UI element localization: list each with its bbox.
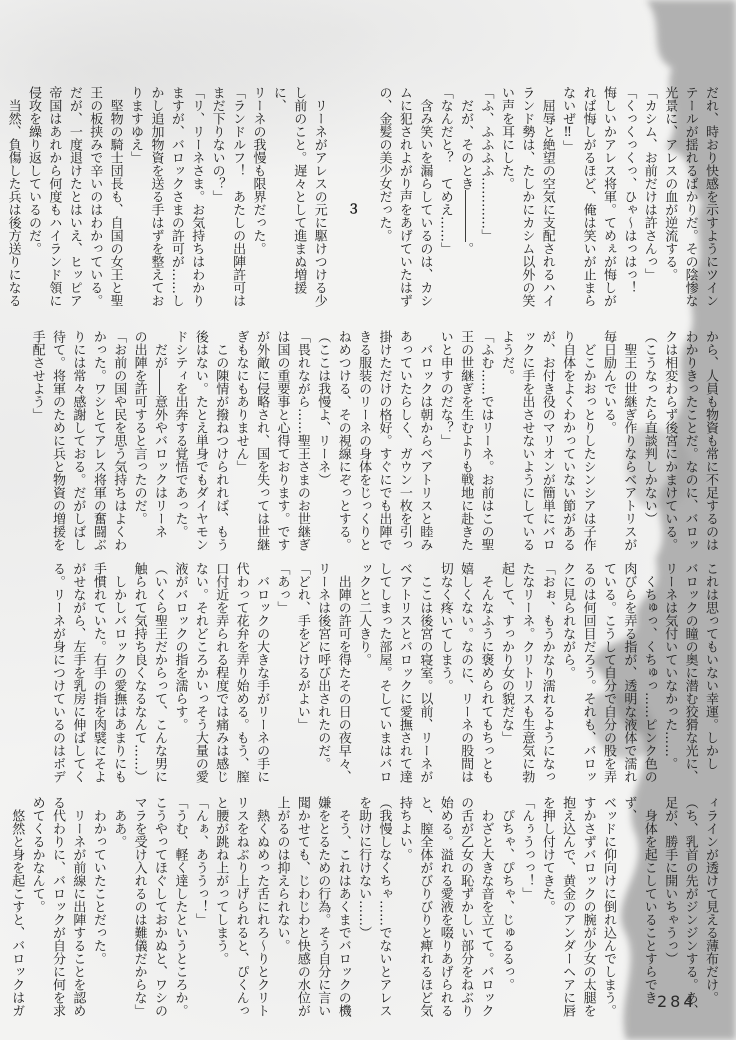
text-column: 「んぁ、あううっ！」 <box>189 796 209 1020</box>
text-column: きる服装のリーネの身体をじっくりと <box>353 330 373 554</box>
text-column: 含み笑いを漏らしているのは、カシ <box>414 86 434 310</box>
text-column: （いくら聖王だからって、こんな男に <box>149 562 169 786</box>
text-column: 肉びらを弄る指が、透明な液体で濡れ <box>618 562 638 786</box>
text-column: 当然、負傷した兵は後方送りになる <box>2 86 22 310</box>
text-column: 嫌をとるための行為。そう自分に言い <box>312 796 332 1020</box>
text-column: がせながら、左手を乳房に伸ばしてく <box>67 562 87 786</box>
text-column: 掛けただけの格好。すぐにでも出陣で <box>373 330 393 554</box>
text-column: （我慢しなくちゃ……でないとアレス <box>373 796 393 1020</box>
text-column: ここは後宮の寝室。以前、リーネが <box>414 562 434 786</box>
text-column: めてくるかなんて。 <box>26 796 46 1020</box>
text-column: 毎日励んでいる。 <box>598 330 618 554</box>
text-column: バロックの大きな手がリーネの手に <box>251 562 271 786</box>
text-column: いと申すのだな？」 <box>434 330 454 554</box>
text-column: ない。それどころかいっそう大量の愛 <box>189 562 209 786</box>
text-column: 手慣れていた。右手の指を肉襞にそよ <box>87 562 107 786</box>
text-column: 「どれ、手をどけるがよい」 <box>291 562 311 786</box>
text-column: 切なく疼いてしまう。 <box>434 562 454 786</box>
text-column: ぴちゃ、ぴちゃ、じゅるるっ。 <box>496 796 516 1020</box>
text-column: ないぜ‼」 <box>557 86 577 310</box>
text-column: だが――意外やバロックはリーネ <box>149 330 169 554</box>
text-column: 口付近を弄られる程度では痛みは感じ <box>210 562 230 786</box>
text-column: 「リ、リーネさま。お気持ちはわかり <box>186 86 206 310</box>
text-column: 聞かせても、じわじわと快感の水位が <box>291 796 311 1020</box>
text-column: リスをねぶり上げられると、ぴくんっ <box>230 796 250 1020</box>
scanned-novel-page: だれ、時おり快感を示すようにツインテールが揺れるばかりだ。その陰惨な光景に、アレ… <box>0 0 736 1040</box>
text-column: わかっていたことだった。 <box>87 796 107 1020</box>
text-column: クに見られながら。 <box>557 562 577 786</box>
text-column: 液がバロックの指を濡らす。 <box>169 562 189 786</box>
text-column: の舌が乙女の恥ずかしい部分をねぶり <box>455 796 475 1020</box>
text-column: 「くっくっくっ、ひゃ～はっはっ！ <box>618 86 638 310</box>
text-column: ドシティを出奔する覚悟であった。 <box>169 330 189 554</box>
text-column: 悠然と身を起こすと、バロックはガ <box>6 796 26 1020</box>
text-column: ねめつける、その視線にぞっとする。 <box>332 330 352 554</box>
text-column: 「うむ、軽く達したというところか。 <box>169 796 189 1020</box>
text-column: 屈辱と絶望の空気に支配されるハイ <box>536 86 556 310</box>
text-column: 「おぉ、もうかなり濡れるようになっ <box>536 562 556 786</box>
text-column: りには常々感謝しておる。だがしばし <box>67 330 87 554</box>
text-column: ますが、バロックさまの許可が……し <box>165 86 185 310</box>
text-column: と、膣全体がびりびりと痺れるほど気 <box>414 796 434 1020</box>
text-column: ああ。 <box>108 796 128 1020</box>
text-column: たなリーネ。クリトリスも生意気に勃 <box>516 562 536 786</box>
text-column: 足が、勝手に開いちゃうっ） <box>659 796 679 1020</box>
text-column: 光景に、アレスの血が逆流する。 <box>659 86 679 310</box>
text-column: の出陣を許可すると言ったのだ。 <box>128 330 148 554</box>
text-column: バロックの瞳の奥に潜む狡猾な光に、 <box>679 562 699 786</box>
text-column: リーネは後宮に呼び出されたのだ。 <box>312 562 332 786</box>
text-column: 「カシム、お前だけは許さんっ」 <box>638 86 658 310</box>
text-column: ベッドに仰向けに倒れ込んでしまう。 <box>598 796 618 1020</box>
text-column: だれ、時おり快感を示すようにツイン <box>700 86 720 310</box>
text-column: まだ下りないの？」 <box>206 86 226 310</box>
text-column: りますゆえ」 <box>125 86 145 310</box>
text-column: 「ランドルフ！ あたしの出陣許可は <box>227 86 247 310</box>
text-column: （ち、乳首の先がジンジンする。あ、 <box>679 796 699 1020</box>
text-column: 出陣の許可を得たその日の夜早々、 <box>332 562 352 786</box>
text-column: 手配させよう」 <box>26 330 46 554</box>
text-column: 待て。将軍のために兵と物資の増援を <box>47 330 67 554</box>
text-column: リーネは気付いていなかった……。 <box>659 562 679 786</box>
text-column: 「ふむ……ではリーネ。お前はこの聖 <box>475 330 495 554</box>
text-column: い声を耳にした。 <box>496 86 516 310</box>
text-column: してしまった部屋。そしていまはバロ <box>373 562 393 786</box>
text-column: どこかおっとりしたシンシアは子作 <box>577 330 597 554</box>
text-column: 「お前の国や民を思う気持ちはよくわ <box>108 330 128 554</box>
text-column: しかしバロックの愛撫はあまりにも <box>108 562 128 786</box>
text-column: （こうなったら直談判しかない） <box>638 330 658 554</box>
text-column: 起して、すっかり女の貌だな」 <box>496 562 516 786</box>
text-column: の、金髪の美少女だった。 <box>373 86 393 310</box>
text-column: 聖王の世継ぎ作りならベアトリスが <box>618 330 638 554</box>
text-column: ぎもなにもありません」 <box>230 330 250 554</box>
text-column: 身体を起こしていることすらできず、 <box>618 796 659 1020</box>
text-column: バロックは朝からベアトリスと睦み <box>414 330 434 554</box>
text-column: そう、これはあくまでバロックの機 <box>332 796 352 1020</box>
text-column: 王の板挟みで辛いのはわかっている。 <box>84 86 104 310</box>
text-column: こうやってほぐしておかぬと、ワシの <box>149 796 169 1020</box>
text-column: 抱え込んで、黄金のアンダーヘアに唇 <box>557 796 577 1020</box>
text-column: ィラインが透けて見える薄布だけ。 <box>700 796 720 1020</box>
text-column: この陳情が撥ねつけられれば、もう <box>210 330 230 554</box>
text-column: 「なんだと？ てめえ……」 <box>434 86 454 310</box>
text-column: が外敵に侵略され、国を失っては世継 <box>251 330 271 554</box>
text-column: を助けに行けない……） <box>353 796 373 1020</box>
text-column: 上がるのは抑えられない。 <box>271 796 291 1020</box>
text-column: 「ふ、ふふふふ…………」 <box>475 86 495 310</box>
text-column: ベアトリスとバロックに愛撫されて達 <box>394 562 414 786</box>
text-column: と腰が跳ね上がってしまう。 <box>210 796 230 1020</box>
text-column: ックに手を出させないようにしている <box>516 330 536 554</box>
text-column: クは相変わらず後宮にかまけている。 <box>659 330 679 554</box>
text-column: わかりきったことだ。なのに、バロッ <box>679 330 699 554</box>
text-column: 堅物の騎士団長も、自国の女王と聖 <box>104 86 124 310</box>
text-column: 帝国はあれから何度もハイランド領に <box>43 86 63 310</box>
text-column: が、お付き役のマリオンが簡単にバロ <box>536 330 556 554</box>
text-column: 王の世継ぎを生むよりも戦地に赴きた <box>455 330 475 554</box>
text-column: は国の重要事と心得ております。です <box>271 330 291 554</box>
text-column: ムに犯されよがり声をあげていたはず <box>394 86 414 310</box>
text-column: 「畏れながら……聖王さまのお世継ぎ <box>291 330 311 554</box>
text-column: そんなふうに褒められてもちっとも <box>475 562 495 786</box>
text-column: 始める。溢れる愛液を啜りあげられる <box>434 796 454 1020</box>
text-column: 嬉しくない。なのに、リーネの股間は <box>455 562 475 786</box>
text-column: から、人員も物資も常に不足するのは <box>700 330 720 554</box>
text-band-3: これは思ってもいない幸運。しかしバロックの瞳の奥に潜む狡猾な光に、リーネは気付い… <box>22 562 720 786</box>
text-column: れば悔しがるほど、俺は笑いが止まら <box>577 86 597 310</box>
text-band-2: から、人員も物資も常に不足するのはわかりきったことだ。なのに、バロックは相変わら… <box>22 330 720 554</box>
text-column: るのは何回目だろう。それも、バロッ <box>577 562 597 786</box>
text-column: 熱くぬめった舌にれろ～りとクリト <box>251 796 271 1020</box>
text-column: （ここは我慢よ、リーネ） <box>312 330 332 554</box>
text-column: わざと大きな音を立てて。バロック <box>475 796 495 1020</box>
text-column: かった。ワシとてアレス将軍の奮闘ぶ <box>87 330 107 554</box>
text-column: 後はない。たとえ単身でもダイヤモン <box>189 330 209 554</box>
text-column: かし追加物資を送る手はずを整えてお <box>145 86 165 310</box>
text-column: し前のこと。遅々として進まぬ増援に、 <box>267 86 308 310</box>
text-column: リーネの我慢も限界だった。 <box>247 86 267 310</box>
text-column: 悔しいかアレス将軍。てめぇが悔しが <box>598 86 618 310</box>
text-column: ランド勢は、たしかにカシム以外の笑 <box>516 86 536 310</box>
text-column: ている。こうして自分で自分の股を弄 <box>598 562 618 786</box>
text-column: 「あっ」 <box>271 562 291 786</box>
section-number: ３ <box>341 86 361 310</box>
text-column: すかさずバロックの腕が少女の太腿を <box>577 796 597 1020</box>
text-column: テールが揺れるばかりだ。その陰惨な <box>679 86 699 310</box>
text-column: 侵攻を繰り返しているのだ。 <box>23 86 43 310</box>
text-column: マラを受け入れるのは難儀だからな」 <box>128 796 148 1020</box>
text-column: 代わって花弁を弄り始める。もう、膣 <box>230 562 250 786</box>
text-column: くちゅっ、くちゅっ……ピンク色の <box>638 562 658 786</box>
text-column: ックと二人きり。 <box>353 562 373 786</box>
text-band-1: だれ、時おり快感を示すようにツインテールが揺れるばかりだ。その陰惨な光景に、アレ… <box>22 86 720 310</box>
text-column: 持ちよい。 <box>394 796 414 1020</box>
text-column: これは思ってもいない幸運。しかし <box>700 562 720 786</box>
text-column: 触られて気持ち良くなるなんて……） <box>128 562 148 786</box>
text-column: あっていたらしく、ガウン一枚を引っ <box>394 330 414 554</box>
text-column: ようだ。 <box>496 330 516 554</box>
text-column: を押し付けてきた。 <box>536 796 556 1020</box>
text-column: る代わりに、バロックが自分に何を求 <box>47 796 67 1020</box>
text-column: り自体をよくわかっていない節がある <box>557 330 577 554</box>
text-column: る。リーネが身につけているのはボデ <box>47 562 67 786</box>
page-number: 284 <box>657 992 697 1011</box>
text-column: だが、一度退けたとはいえ、ヒッピア <box>63 86 83 310</box>
text-column: だが、そのとき――――。 <box>455 86 475 310</box>
text-column: リーネが前線に出陣することを認め <box>67 796 87 1020</box>
text-band-4: ィラインが透けて見える薄布だけ。（ち、乳首の先がジンジンする。あ、足が、勝手に開… <box>22 796 720 1020</box>
text-column: リーネがアレスの元に駆けつける少 <box>308 86 328 310</box>
text-column: 「んぅうっっ！」 <box>516 796 536 1020</box>
